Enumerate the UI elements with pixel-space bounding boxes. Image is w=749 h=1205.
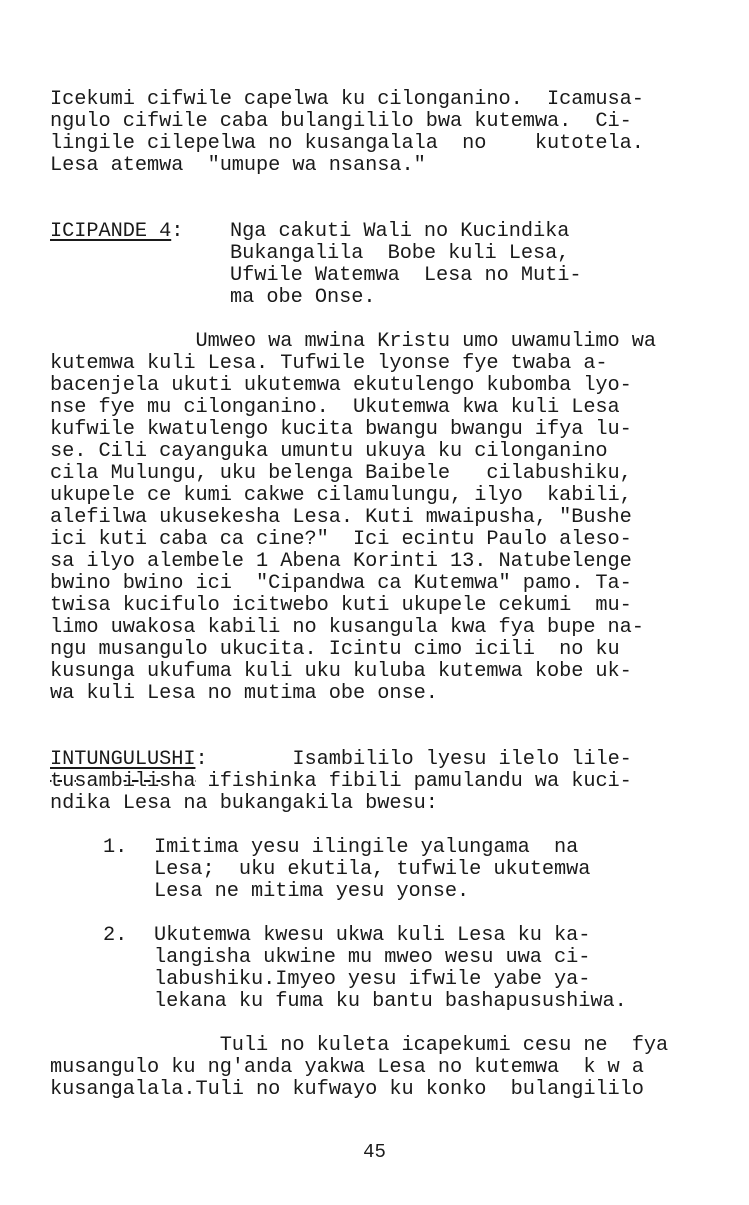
conclusion-text: Isambililo lyesu ilelo lile-	[208, 748, 632, 771]
text-line: wa kuli Lesa no mutima obe onse.	[50, 683, 438, 705]
text-line: Icekumi cifwile capelwa ku cilonganino. …	[50, 89, 644, 111]
list-item-line: lekana ku fuma ku bantu bashapusushiwa.	[154, 991, 627, 1013]
text-line: nse fye mu cilonganino. Ukutemwa kwa kul…	[50, 397, 620, 419]
text-line: limo uwakosa kabili no kusangula kwa fya…	[50, 617, 644, 639]
text-line: Lesa atemwa "umupe wa nsansa."	[50, 155, 426, 177]
conclusion-label: INTUNGULUSHI	[50, 748, 195, 771]
text-line: ici kuti caba ca cine?" Ici ecintu Paulo…	[50, 529, 632, 551]
text-line: kusunga ukufuma kuli uku kuluba kutemwa …	[50, 661, 632, 683]
conclusion-line: tusambilisha ifishinka fibili pamulandu …	[50, 771, 632, 793]
text-line: kufwile kwatulengo kucita bwangu bwangu …	[50, 419, 632, 441]
conclusion-overlined-word: tusambilisha	[50, 770, 195, 793]
text-line: kutemwa kuli Lesa. Tufwile lyonse fye tw…	[50, 353, 608, 375]
text-line: se. Cili cayanguka umuntu ukuya ku cilon…	[50, 441, 608, 463]
list-item-line: Lesa; uku ekutila, tufwile ukutemwa	[154, 859, 590, 881]
conclusion-text: ifishinka fibili pamulandu wa kuci-	[195, 770, 631, 793]
text-line: alefilwa ukusekesha Lesa. Kuti mwaipusha…	[50, 507, 632, 529]
text-line: ukupele ce kumi cakwe cilamulungu, ilyo …	[50, 485, 632, 507]
text-line: lingile cilepelwa no kusangalala no kuto…	[50, 133, 644, 155]
conclusion-line: INTUNGULUSHI: Isambililo lyesu ilelo lil…	[50, 749, 632, 771]
text-line: twisa kucifulo icitwebo kuti ukupele cek…	[50, 595, 632, 617]
section-title-line: Nga cakuti Wali no Kucindika	[230, 221, 569, 243]
text-line: sa ilyo alembele 1 Abena Korinti 13. Nat…	[50, 551, 632, 573]
conclusion-line: ndika Lesa na bukangakila bwesu:	[50, 793, 438, 815]
text-line: cila Mulungu, uku belenga Baibele cilabu…	[50, 463, 632, 485]
section-title-line: Ufwile Watemwa Lesa no Muti-	[230, 265, 582, 287]
page-number: 45	[0, 1141, 749, 1163]
section-label-text: ICIPANDE 4	[50, 220, 171, 243]
section-label: ICIPANDE 4:	[50, 221, 183, 243]
text-line: ngulo cifwile caba bulangililo bwa kutem…	[50, 111, 632, 133]
list-item-line: labushiku.Imyeo yesu ifwile yabe ya-	[154, 969, 590, 991]
text-line: ngu musangulo ukucita. Icintu cimo icili…	[50, 639, 620, 661]
text-line: Umweo wa mwina Kristu umo uwamulimo wa	[50, 331, 656, 353]
list-item-line: Imitima yesu ilingile yalungama na	[154, 837, 578, 859]
list-item-line: Lesa ne mitima yesu yonse.	[154, 881, 469, 903]
list-number: 1.	[103, 837, 127, 859]
list-item-line: langisha ukwine mu mweo wesu uwa ci-	[154, 947, 590, 969]
list-number: 2.	[103, 925, 127, 947]
text-line: bwino bwino ici "Cipandwa ca Kutemwa" pa…	[50, 573, 632, 595]
text-line: bacenjela ukuti ukutemwa ekutulengo kubo…	[50, 375, 632, 397]
conclusion-colon: :	[195, 748, 207, 771]
section-title-line: ma obe Onse.	[230, 287, 375, 309]
section-label-colon: :	[171, 220, 183, 243]
text-line: Tuli no kuleta icapekumi cesu ne fya	[50, 1035, 668, 1057]
text-line: musangulo ku ng'anda yakwa Lesa no kutem…	[50, 1057, 644, 1079]
list-item-line: Ukutemwa kwesu ukwa kuli Lesa ku ka-	[154, 925, 590, 947]
section-title-line: Bukangalila Bobe kuli Lesa,	[230, 243, 569, 265]
text-line: kusangalala.Tuli no kufwayo ku konko bul…	[50, 1079, 644, 1101]
